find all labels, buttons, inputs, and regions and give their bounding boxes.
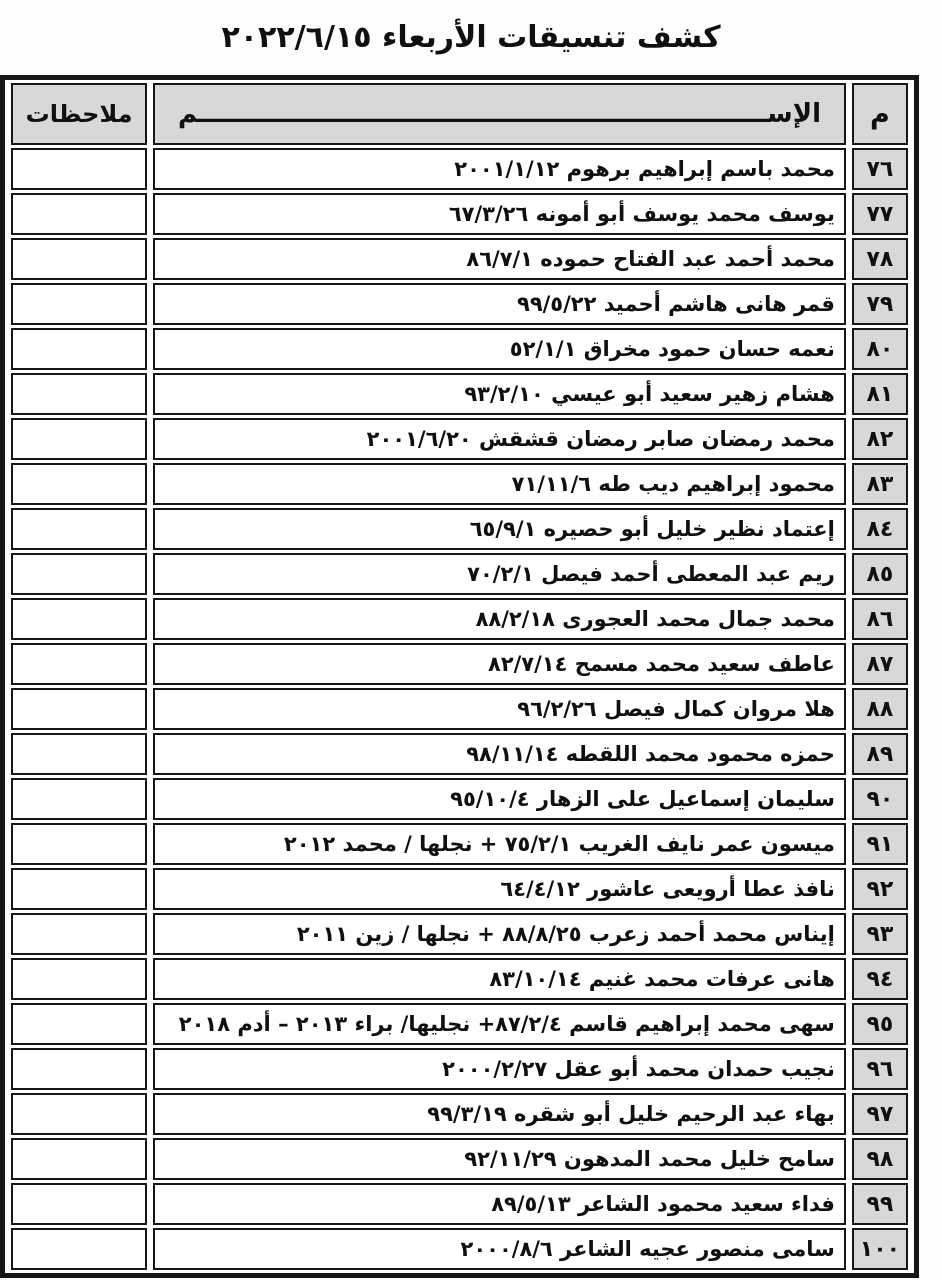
row-name: هانى عرفات محمد غنيم ٨٣/١٠/١٤ [153, 958, 846, 1000]
row-name: سامح خليل محمد المدهون ٩٢/١١/٢٩ [153, 1138, 846, 1180]
table-row: ٨٨هلا مروان كمال فيصل ٩٦/٢/٢٦ [11, 688, 908, 730]
column-header-index: م [852, 83, 908, 145]
row-index: ٨٧ [852, 643, 908, 685]
row-index: ٨٣ [852, 463, 908, 505]
row-notes [11, 1003, 147, 1045]
row-name: هشام زهير سعيد أبو عيسي ٩٣/٢/١٠ [153, 373, 846, 415]
row-index: ٨٥ [852, 553, 908, 595]
row-notes [11, 418, 147, 460]
row-notes [11, 508, 147, 550]
row-index: ٨٠ [852, 328, 908, 370]
table-row: ٩٢نافذ عطا أرويعى عاشور ٦٤/٤/١٢ [11, 868, 908, 910]
row-index: ٩٥ [852, 1003, 908, 1045]
row-notes [11, 868, 147, 910]
table-row: ٨٧عاطف سعيد محمد مسمح ٨٢/٧/١٤ [11, 643, 908, 685]
table-row: ٧٩قمر هانى هاشم أحميد ٩٩/٥/٢٢ [11, 283, 908, 325]
row-name: ريم عبد المعطى أحمد فيصل ٧٠/٢/١ [153, 553, 846, 595]
row-index: ٧٧ [852, 193, 908, 235]
row-name: محمد باسم إبراهيم برهوم ٢٠٠١/١/١٢ [153, 148, 846, 190]
row-notes [11, 553, 147, 595]
row-name: فداء سعيد محمود الشاعر ٨٩/٥/١٣ [153, 1183, 846, 1225]
row-index: ٨٨ [852, 688, 908, 730]
table-row: ٩٤هانى عرفات محمد غنيم ٨٣/١٠/١٤ [11, 958, 908, 1000]
table-row: ٨٤إعتماد نظير خليل أبو حصيره ٦٥/٩/١ [11, 508, 908, 550]
row-notes [11, 1138, 147, 1180]
row-notes [11, 688, 147, 730]
table-row: ٨٩حمزه محمود محمد اللقطه ٩٨/١١/١٤ [11, 733, 908, 775]
row-name: حمزه محمود محمد اللقطه ٩٨/١١/١٤ [153, 733, 846, 775]
row-index: ٨٩ [852, 733, 908, 775]
table-row: ٩٨سامح خليل محمد المدهون ٩٢/١١/٢٩ [11, 1138, 908, 1180]
row-index: ١٠٠ [852, 1228, 908, 1270]
row-name: محمد جمال محمد العجورى ٨٨/٢/١٨ [153, 598, 846, 640]
row-notes [11, 238, 147, 280]
row-notes [11, 1183, 147, 1225]
row-name: محمد رمضان صابر رمضان قشقش ٢٠٠١/٦/٢٠ [153, 418, 846, 460]
table-row: ٨٦محمد جمال محمد العجورى ٨٨/٢/١٨ [11, 598, 908, 640]
row-index: ٩٩ [852, 1183, 908, 1225]
row-name: محمد أحمد عبد الفتاح حموده ٨٦/٧/١ [153, 238, 846, 280]
row-name: بهاء عبد الرحيم خليل أبو شقره ٩٩/٣/١٩ [153, 1093, 846, 1135]
row-name: قمر هانى هاشم أحميد ٩٩/٥/٢٢ [153, 283, 846, 325]
row-notes [11, 598, 147, 640]
row-index: ٩٧ [852, 1093, 908, 1135]
table-row: ٨٥ريم عبد المعطى أحمد فيصل ٧٠/٢/١ [11, 553, 908, 595]
row-notes [11, 328, 147, 370]
row-name: نافذ عطا أرويعى عاشور ٦٤/٤/١٢ [153, 868, 846, 910]
row-notes [11, 958, 147, 1000]
table-row: ٩٣إيناس محمد أحمد زعرب ٨٨/٨/٢٥ + نجلها /… [11, 913, 908, 955]
table-row: ٨١هشام زهير سعيد أبو عيسي ٩٣/٢/١٠ [11, 373, 908, 415]
row-notes [11, 823, 147, 865]
row-notes [11, 778, 147, 820]
row-index: ٩٦ [852, 1048, 908, 1090]
row-name: يوسف محمد يوسف أبو أمونه ٦٧/٣/٢٦ [153, 193, 846, 235]
row-index: ٩٤ [852, 958, 908, 1000]
row-name: ميسون عمر نايف الغريب ٧٥/٢/١ + نجلها / م… [153, 823, 846, 865]
row-index: ٩٢ [852, 868, 908, 910]
table-row: ٨٢محمد رمضان صابر رمضان قشقش ٢٠٠١/٦/٢٠ [11, 418, 908, 460]
row-index: ٩٠ [852, 778, 908, 820]
row-notes [11, 283, 147, 325]
table-row: ٨٠نعمه حسان حمود مخراق ٥٢/١/١ [11, 328, 908, 370]
row-notes [11, 1093, 147, 1135]
table-row: ٩١ميسون عمر نايف الغريب ٧٥/٢/١ + نجلها /… [11, 823, 908, 865]
column-header-notes: ملاحظات [11, 83, 147, 145]
row-notes [11, 373, 147, 415]
row-index: ٨٢ [852, 418, 908, 460]
row-notes [11, 148, 147, 190]
table-row: ٩٦نجيب حمدان محمد أبو عقل ٢٠٠٠/٢/٢٧ [11, 1048, 908, 1090]
row-name: نعمه حسان حمود مخراق ٥٢/١/١ [153, 328, 846, 370]
table-row: ٧٧يوسف محمد يوسف أبو أمونه ٦٧/٣/٢٦ [11, 193, 908, 235]
row-notes [11, 1048, 147, 1090]
header-row: م الإســــــــــــــــــــــــــــــــــ… [11, 83, 908, 145]
table-row: ٩٠سليمان إسماعيل على الزهار ٩٥/١٠/٤ [11, 778, 908, 820]
row-index: ٩٨ [852, 1138, 908, 1180]
table-header: م الإســــــــــــــــــــــــــــــــــ… [11, 83, 908, 145]
row-name: نجيب حمدان محمد أبو عقل ٢٠٠٠/٢/٢٧ [153, 1048, 846, 1090]
row-notes [11, 463, 147, 505]
row-name: هلا مروان كمال فيصل ٩٦/٢/٢٦ [153, 688, 846, 730]
row-notes [11, 643, 147, 685]
row-index: ٨١ [852, 373, 908, 415]
row-name: إيناس محمد أحمد زعرب ٨٨/٨/٢٥ + نجلها / ز… [153, 913, 846, 955]
row-name: محمود إبراهيم ديب طه ٧١/١١/٦ [153, 463, 846, 505]
table-row: ٨٣محمود إبراهيم ديب طه ٧١/١١/٦ [11, 463, 908, 505]
row-notes [11, 913, 147, 955]
row-name: سليمان إسماعيل على الزهار ٩٥/١٠/٤ [153, 778, 846, 820]
table-row: ٩٩فداء سعيد محمود الشاعر ٨٩/٥/١٣ [11, 1183, 908, 1225]
row-notes [11, 193, 147, 235]
row-name: سامى منصور عجيه الشاعر ٢٠٠٠/٨/٦ [153, 1228, 846, 1270]
table-row: ٩٥سهى محمد إبراهيم قاسم ٨٧/٢/٤+ نجليها/ … [11, 1003, 908, 1045]
row-notes [11, 1228, 147, 1270]
row-name: إعتماد نظير خليل أبو حصيره ٦٥/٩/١ [153, 508, 846, 550]
table-row: ١٠٠سامى منصور عجيه الشاعر ٢٠٠٠/٨/٦ [11, 1228, 908, 1270]
row-notes [11, 733, 147, 775]
column-header-name: الإســــــــــــــــــــــــــــــــــــ… [153, 83, 846, 145]
row-index: ٧٦ [852, 148, 908, 190]
row-index: ٨٤ [852, 508, 908, 550]
page-title: كشف تنسيقات الأربعاء ٢٠٢٢/٦/١٥ [0, 20, 942, 55]
roster-table: م الإســــــــــــــــــــــــــــــــــ… [0, 75, 919, 1278]
row-name: عاطف سعيد محمد مسمح ٨٢/٧/١٤ [153, 643, 846, 685]
row-index: ٩١ [852, 823, 908, 865]
row-index: ٨٦ [852, 598, 908, 640]
table-body: ٧٦محمد باسم إبراهيم برهوم ٢٠٠١/١/١٢٧٧يوس… [11, 148, 908, 1270]
row-index: ٩٣ [852, 913, 908, 955]
row-index: ٧٩ [852, 283, 908, 325]
row-index: ٧٨ [852, 238, 908, 280]
table-row: ٩٧بهاء عبد الرحيم خليل أبو شقره ٩٩/٣/١٩ [11, 1093, 908, 1135]
row-name: سهى محمد إبراهيم قاسم ٨٧/٢/٤+ نجليها/ بر… [153, 1003, 846, 1045]
table-row: ٧٦محمد باسم إبراهيم برهوم ٢٠٠١/١/١٢ [11, 148, 908, 190]
table-row: ٧٨محمد أحمد عبد الفتاح حموده ٨٦/٧/١ [11, 238, 908, 280]
